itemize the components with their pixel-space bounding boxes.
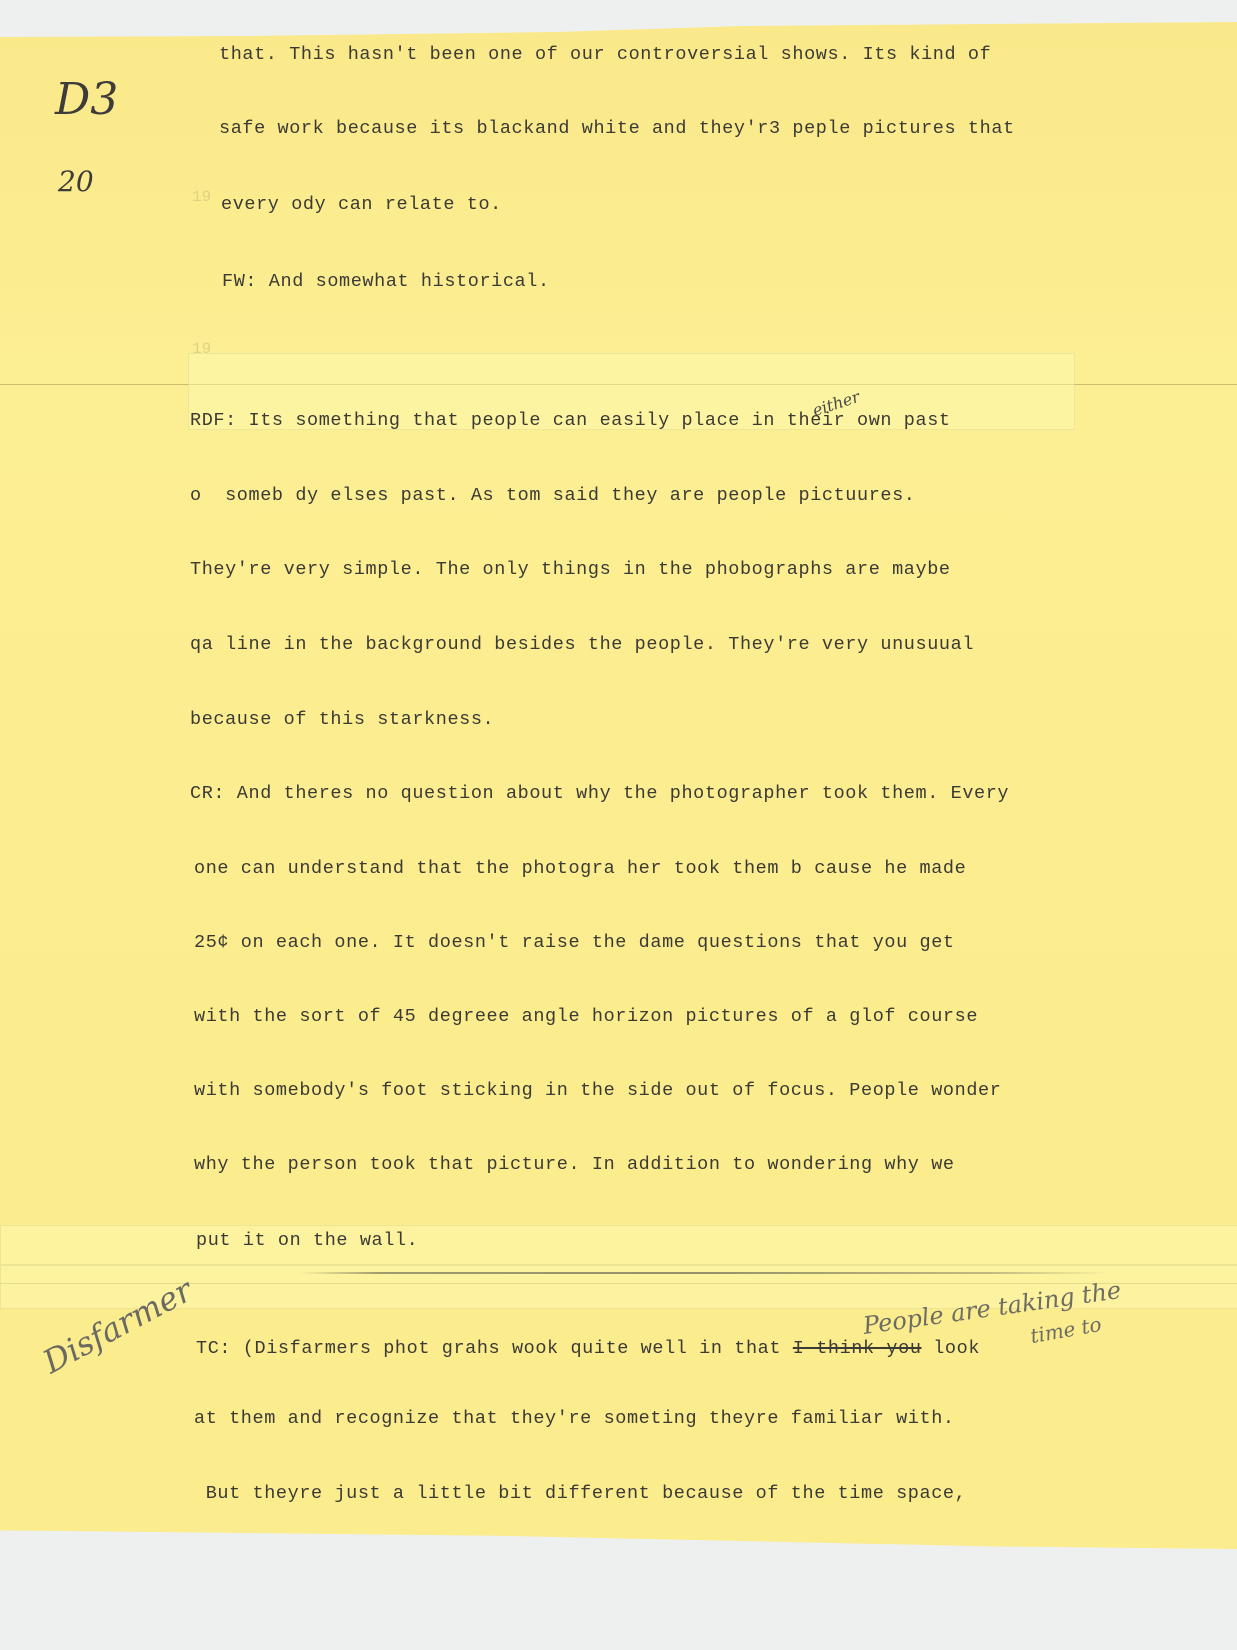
typed-line: with somebody's foot sticking in the sid… xyxy=(194,1082,1001,1101)
handwritten-page-code: D3 xyxy=(55,78,118,122)
tape-strip xyxy=(0,1225,1237,1265)
struck-text: I think you xyxy=(793,1338,922,1359)
typed-line: why the person took that picture. In add… xyxy=(194,1156,955,1175)
typed-line: RDF: Its something that people can easil… xyxy=(190,412,951,431)
typed-line: o someb dy elses past. As tom said they … xyxy=(190,487,916,506)
typed-text: look xyxy=(922,1338,981,1359)
typed-line-with-strikethrough: TC: (Disfarmers phot grahs wook quite we… xyxy=(196,1340,980,1359)
typed-line: at them and recognize that they're somet… xyxy=(194,1410,955,1429)
typed-line: with the sort of 45 degreee angle horizo… xyxy=(194,1008,978,1027)
handwritten-page-number: 20 xyxy=(58,168,94,196)
typed-line: every ody can relate to. xyxy=(221,196,502,215)
typed-line: qa line in the background besides the pe… xyxy=(190,636,974,655)
typed-line: because of this starkness. xyxy=(190,711,494,730)
typed-line: 25¢ on each one. It doesn't raise the da… xyxy=(194,934,955,953)
typed-line: that. This hasn't been one of our contro… xyxy=(219,46,991,65)
faint-page-number: 19 xyxy=(192,340,211,358)
typed-line: But theyre just a little bit different b… xyxy=(194,1485,966,1504)
pencil-divider-line xyxy=(300,1272,1110,1274)
typed-line: FW: And somewhat historical. xyxy=(222,273,550,292)
typed-line: They're very simple. The only things in … xyxy=(190,561,951,580)
typed-line: safe work because its blackand white and… xyxy=(219,120,1015,139)
scanned-document-page: 19 19 D3 20 either Disfarmer People are … xyxy=(0,0,1237,1650)
typed-line: put it on the wall. xyxy=(196,1232,418,1251)
typed-text: TC: (Disfarmers phot grahs wook quite we… xyxy=(196,1338,793,1359)
faint-page-number: 19 xyxy=(192,188,211,206)
paper-sheet-top xyxy=(0,22,1237,384)
typed-line: CR: And theres no question about why the… xyxy=(190,785,1009,804)
paper-sheet-middle xyxy=(0,384,1237,1285)
typed-line: one can understand that the photogra her… xyxy=(194,860,966,879)
